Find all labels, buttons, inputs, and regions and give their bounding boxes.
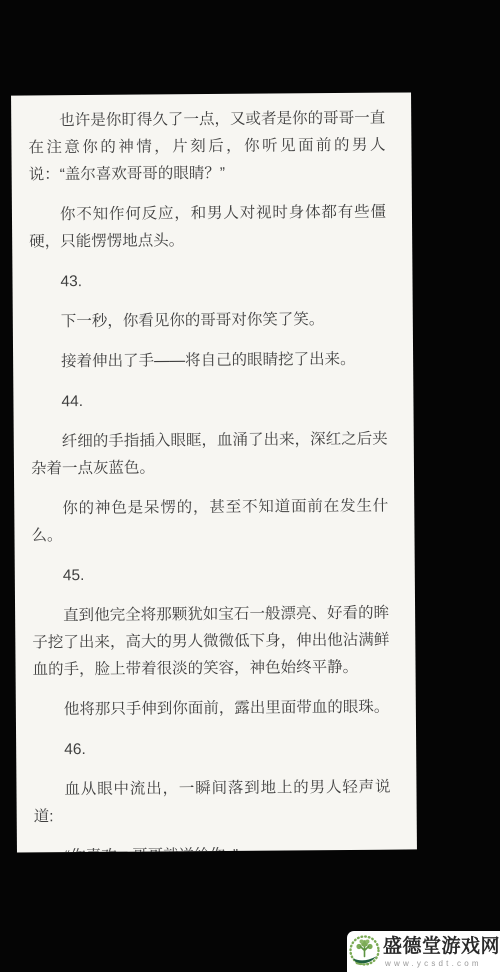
- story-text-column: 也许是你盯得久了一点，又或者是你的哥哥一直在注意你的神情，片刻后，你听见面前的男…: [28, 105, 391, 853]
- story-paragraph: 血从眼中流出，一瞬间落到地上的男人轻声说道:: [33, 774, 390, 831]
- tree-logo-icon: [349, 935, 380, 966]
- section-number: 45.: [32, 560, 389, 590]
- story-paragraph: 下一秒，你看见你的哥哥对你笑了笑。: [30, 306, 387, 336]
- site-url: www.ycsdt.com: [385, 959, 482, 968]
- section-number: 44.: [30, 386, 387, 416]
- story-page: 也许是你盯得久了一点，又或者是你的哥哥一直在注意你的神情，片刻后，你听见面前的男…: [11, 92, 417, 852]
- story-paragraph: 纤细的手指插入眼眶，血涌了出来，深红之后夹杂着一点灰蓝色。: [31, 426, 388, 483]
- story-paragraph: 直到他完全将那颗犹如宝石一般漂亮、好看的眸子挖了出来，高大的男人微微低下身，伸出…: [32, 600, 390, 684]
- story-paragraph: 你的神色是呆愣的，甚至不知道面前在发生什么。: [31, 493, 388, 550]
- section-number: 43.: [29, 266, 386, 296]
- story-paragraph: 也许是你盯得久了一点，又或者是你的哥哥一直在注意你的神情，片刻后，你听见面前的男…: [28, 105, 386, 189]
- site-watermark: 盛德堂游戏网 www.ycsdt.com: [347, 931, 500, 972]
- story-paragraph: “你喜欢，哥哥就送给你。”: [34, 841, 391, 853]
- section-number: 46.: [33, 734, 390, 764]
- site-name: 盛德堂游戏网: [383, 935, 500, 957]
- story-paragraph: 你不知作何反应，和男人对视时身体都有些僵硬，只能愣愣地点头。: [29, 199, 386, 256]
- story-paragraph: 他将那只手伸到你面前，露出里面带血的眼珠。: [33, 694, 390, 724]
- story-paragraph: 接着伸出了手——将自己的眼睛挖了出来。: [30, 346, 387, 376]
